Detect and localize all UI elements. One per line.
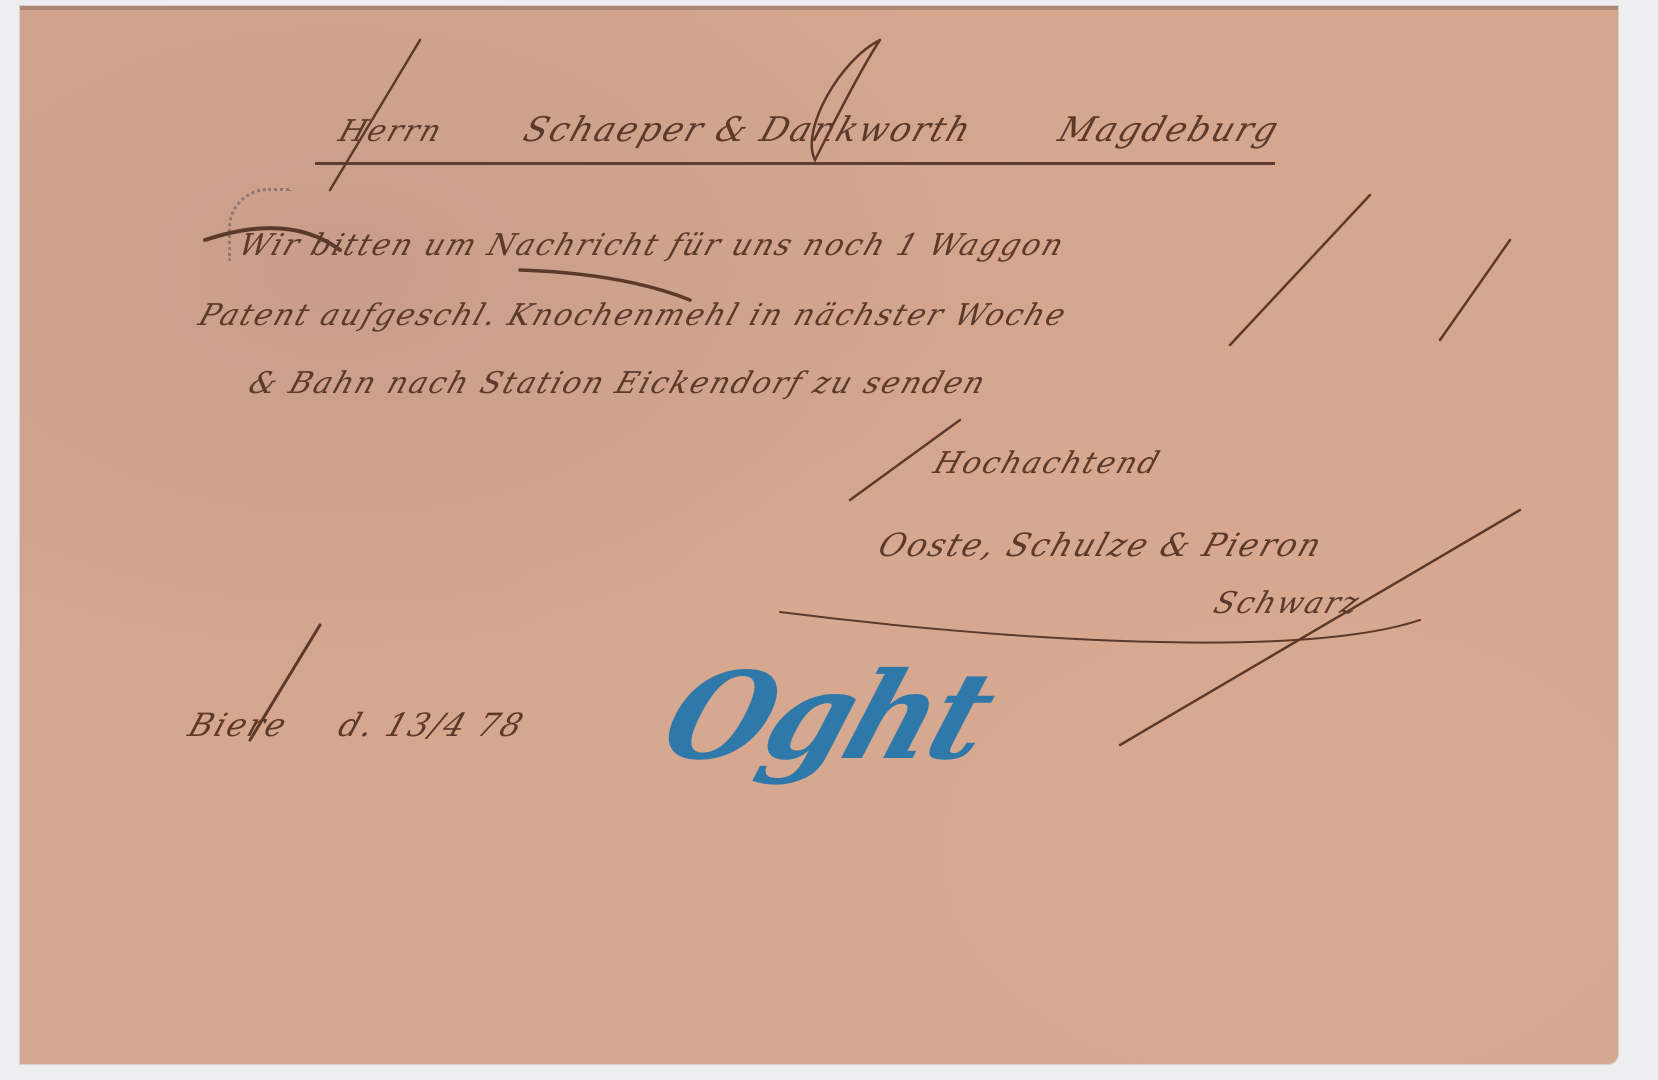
dateline-date: d. 13/4 78 (334, 706, 530, 744)
body-line-3: & Bahn nach Station Eickendorf zu senden (244, 366, 991, 401)
address-salutation: Herrn (334, 114, 447, 149)
pencil-annotation: Oght (647, 646, 1008, 787)
address-recipient: Schaeper & Dankworth (519, 110, 978, 150)
closing: Hochachtend (929, 446, 1165, 481)
body-line-1: Wir bitten um Nachricht für uns noch 1 W… (234, 228, 1069, 263)
postcard: Herrn Schaeper & Dankworth Magdeburg Wir… (20, 6, 1618, 1064)
signature-line-1: Ooste, Schulze & Pieron (874, 526, 1328, 564)
body-line-2: Patent aufgeschl. Knochenmehl in nächste… (194, 298, 1072, 333)
address-city: Magdeburg (1054, 110, 1285, 150)
signature-line-2: Schwarz (1209, 586, 1365, 621)
address-underline (315, 162, 1275, 165)
dateline-place: Biere (184, 706, 293, 744)
